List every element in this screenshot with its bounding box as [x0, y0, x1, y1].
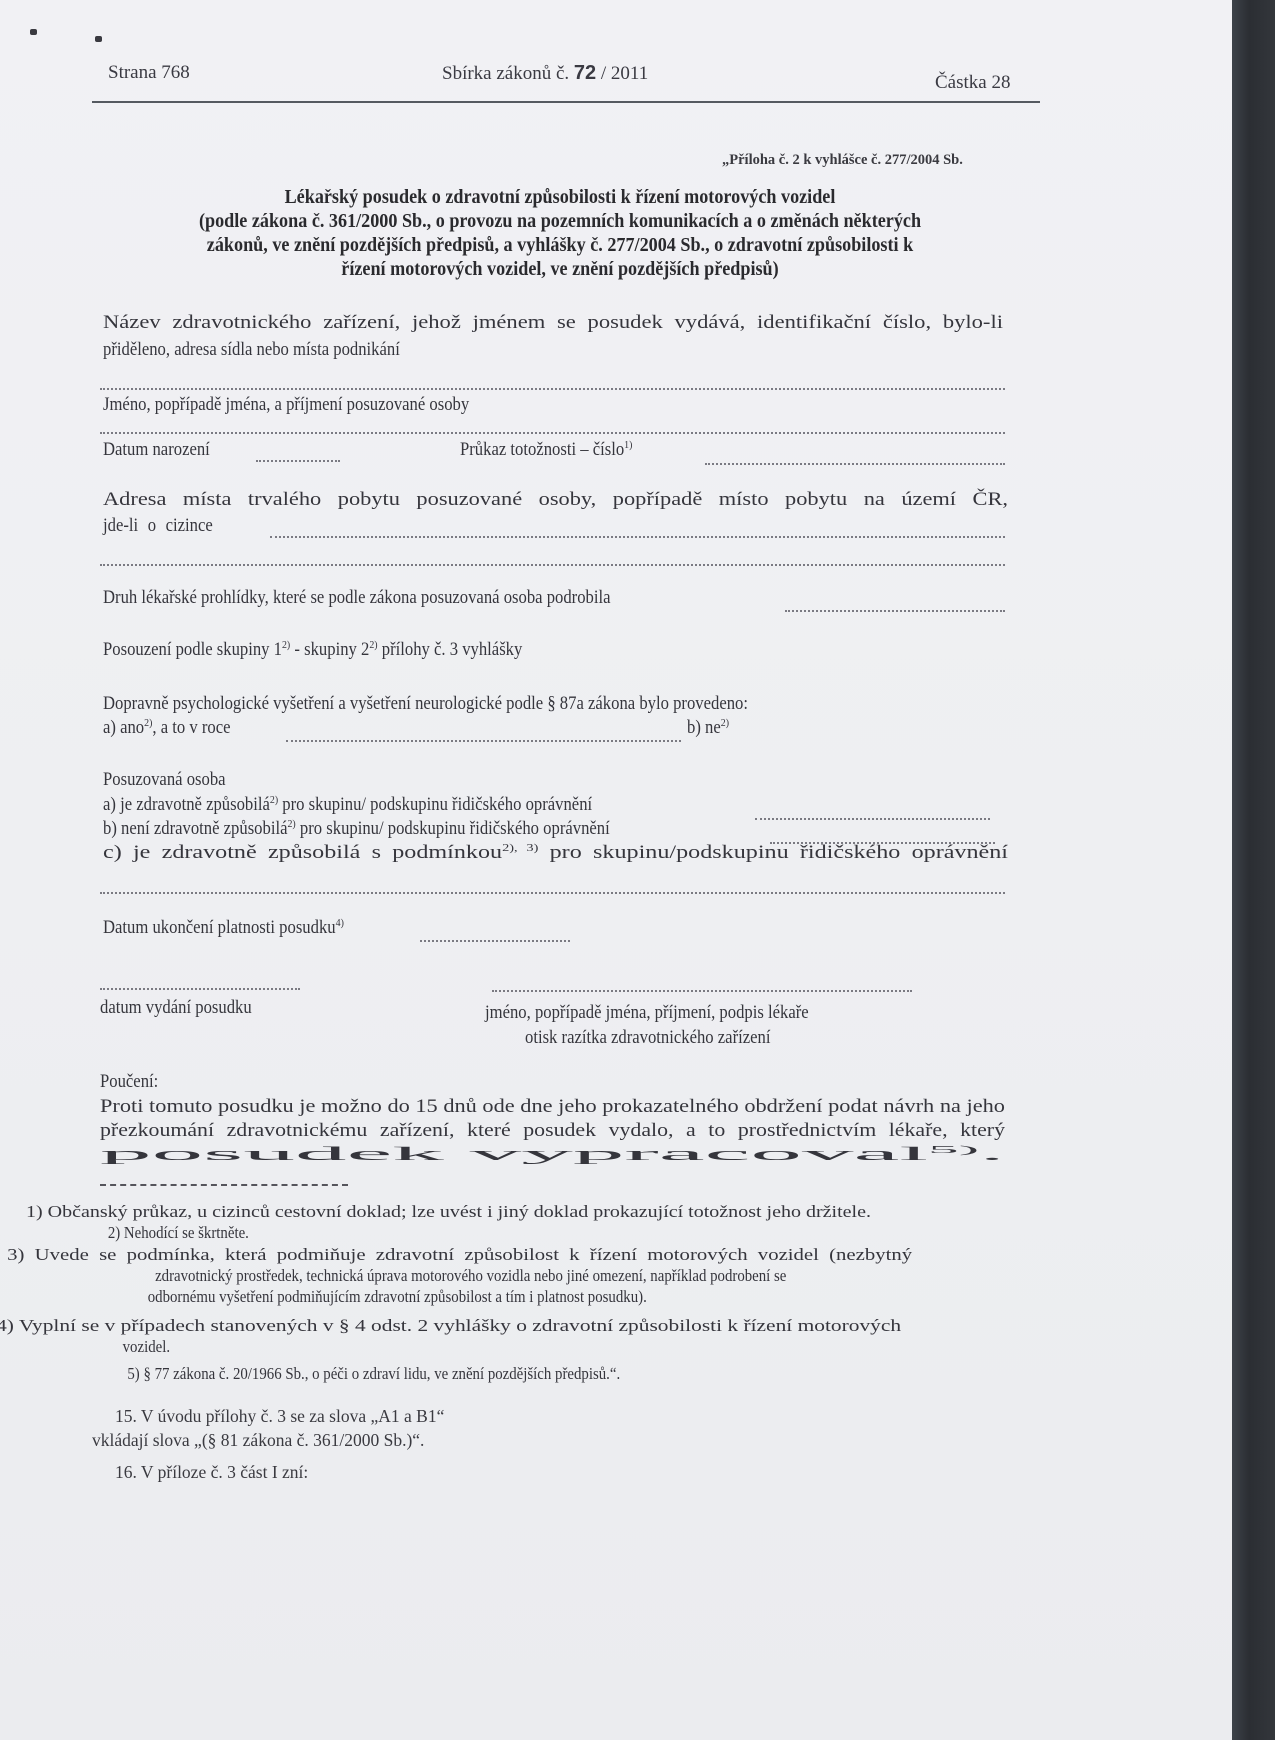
footnote-3: 3) Uvede se podmínka, která podmiňuje zd…	[7, 1245, 912, 1265]
collection-prefix: Sbírka zákonů č.	[442, 63, 569, 84]
footnote-1: 1) Občanský průkaz, u cizinců cestovní d…	[26, 1202, 871, 1222]
footnote-separator	[100, 1184, 348, 1186]
amendment-16: 16. V příloze č. 3 část I zní:	[115, 1462, 308, 1483]
footnote-3-cont: zdravotnický prostředek, technická úprav…	[155, 1266, 786, 1286]
collection-title: Sbírka zákonů č. 72 / 2011	[442, 62, 648, 85]
instruction-text: Proti tomuto posudku je možno do 15 dnů …	[100, 1097, 1005, 1118]
page-number: Strana 768	[108, 62, 190, 84]
id-number-field[interactable]	[705, 463, 1005, 465]
scanner-edge	[1232, 0, 1275, 1740]
header-rule	[92, 101, 1040, 103]
title-line: zákonů, ve znění pozdějších předpisů, a …	[142, 234, 979, 258]
title-line: Lékařský posudek o zdravotní způsobilost…	[142, 186, 979, 210]
person-label: Posuzovaná osoba	[103, 770, 226, 791]
name-field[interactable]	[100, 432, 1005, 434]
address-label-cont: jde-li o cizince	[103, 516, 213, 537]
birth-date-field[interactable]	[256, 460, 340, 462]
instruction-text: přezkoumání zdravotnickému zařízení, kte…	[100, 1121, 1005, 1142]
facility-field[interactable]	[100, 388, 1005, 390]
title-line: (podle zákona č. 361/2000 Sb., o provozu…	[142, 210, 979, 234]
stamp-label: otisk razítka zdravotnického zařízení	[525, 1028, 770, 1049]
part-number: Částka 28	[935, 72, 1010, 94]
amendment-15-cont: vkládají slova „(§ 81 zákona č. 361/2000…	[92, 1430, 424, 1451]
footnote-2: 2) Nehodící se škrtněte.	[108, 1223, 249, 1243]
address-field[interactable]	[270, 536, 1005, 538]
option-fit-field[interactable]	[755, 818, 990, 820]
option-conditional[interactable]: c) je zdravotně způsobilá s podmínkou2),…	[103, 843, 1008, 864]
issue-date-label: datum vydání posudku	[100, 998, 252, 1019]
scan-speck	[30, 29, 37, 35]
id-number-label: Průkaz totožnosti – číslo1)	[460, 440, 632, 461]
doctor-label: jméno, popřípadě jména, příjmení, podpis…	[485, 1003, 809, 1024]
address-label: Adresa místa trvalého pobytu posuzované …	[103, 490, 1008, 511]
document-title: Lékařský posudek o zdravotní způsobilost…	[142, 186, 979, 282]
footnote-5: 5) § 77 zákona č. 20/1966 Sb., o péči o …	[127, 1364, 620, 1384]
collection-year: / 2011	[601, 63, 648, 84]
issue-date-field[interactable]	[100, 988, 300, 990]
psych-option-yes[interactable]: a) ano2), a to v roce	[103, 718, 231, 739]
facility-label-cont: přiděleno, adresa sídla nebo místa podni…	[103, 340, 400, 361]
signature-field[interactable]	[492, 990, 912, 992]
psych-exam-label: Dopravně psychologické vyšetření a vyšet…	[103, 694, 748, 715]
exam-type-field[interactable]	[785, 610, 1005, 612]
collection-number: 72	[574, 62, 596, 84]
exam-type-label: Druh lékařské prohlídky, které se podle …	[103, 588, 611, 609]
name-label: Jméno, popřípadě jména, a příjmení posuz…	[103, 395, 469, 416]
option-conditional-field[interactable]	[100, 892, 1005, 894]
footnote-4: 4) Vyplní se v případech stanovených v §…	[0, 1316, 901, 1336]
expiry-label: Datum ukončení platnosti posudku4)	[103, 918, 344, 939]
footnote-3-cont: odbornému vyšetření podmiňujícím zdravot…	[148, 1287, 647, 1307]
birth-date-label: Datum narození	[103, 440, 210, 461]
instruction-heading: Poučení:	[100, 1072, 158, 1093]
option-fit[interactable]: a) je zdravotně způsobilá2) pro skupinu/…	[103, 795, 592, 816]
psych-option-no[interactable]: b) ne2)	[687, 718, 729, 739]
instruction-text: posudek vypracoval5).	[100, 1145, 1005, 1166]
amendment-15: 15. V úvodu přílohy č. 3 se za slova „A1…	[115, 1406, 444, 1427]
expiry-field[interactable]	[420, 940, 570, 942]
footnote-4-cont: vozidel.	[123, 1337, 170, 1357]
address-field-cont[interactable]	[100, 564, 1005, 566]
facility-label: Název zdravotnického zařízení, jehož jmé…	[103, 313, 1003, 334]
annex-label: „Příloha č. 2 k vyhlášce č. 277/2004 Sb.	[722, 152, 963, 169]
scan-speck	[95, 36, 102, 42]
option-unfit[interactable]: b) není zdravotně způsobilá2) pro skupin…	[103, 819, 610, 840]
group-assessment: Posouzení podle skupiny 12) - skupiny 22…	[103, 640, 522, 661]
psych-year-field[interactable]	[286, 740, 681, 742]
title-line: řízení motorových vozidel, ve znění pozd…	[142, 258, 979, 282]
